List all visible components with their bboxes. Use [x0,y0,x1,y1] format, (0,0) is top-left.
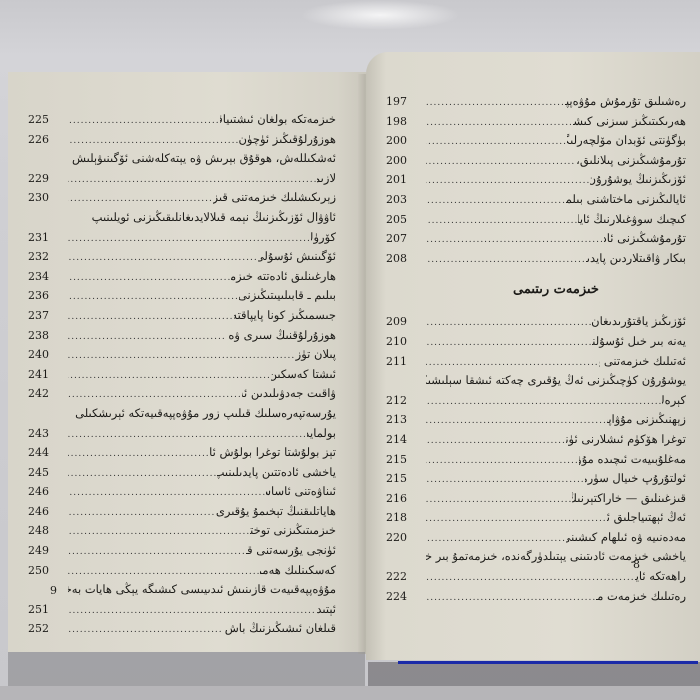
right-page: رەشىلىق تۇرمۇش مۇۋەپپەقىيەت قازىنىشىڭىزن… [366,52,700,660]
toc-leader-dots: ........................................… [68,249,258,269]
toc-leader-dots: ........................................… [68,543,246,563]
toc-entry-page: 200 [386,131,426,151]
toc-leader-dots: ........................................… [68,288,239,308]
toc-entry-page: 236 [28,286,68,306]
toc-entry-page: 252 [28,619,68,639]
toc-entry-page: 203 [386,190,426,210]
toc-entry-title: ئۆزىڭىزنىڭ يوشۇرۇن ئىقتىدارىنى بىلىڭ [590,170,686,190]
toc-entry: بىكار ۋاقىتلاردىن پايدىلىنىشقا ماھىر بول… [386,249,686,269]
toc-entry-title: تۇرمۇشىڭىزنى ئاددىيلاشتۇرۇڭ [604,229,686,249]
toc-entry-title: رەشىلىق تۇرمۇش مۇۋەپپەقىيەت قازىنىشىڭىزن… [565,92,686,112]
toc-leader-dots: ........................................… [68,269,231,289]
toc-entry-page: 243 [28,424,68,444]
toc-entry-page: 231 [28,228,68,248]
toc-entry: كۆرۈڭ...................................… [28,228,336,248]
toc-entry-page: 249 [28,541,68,561]
toc-entry: يۇرسەتپەرەسلىك قىلىپ زور مۇۋەپپەقىيەتكە … [28,404,336,424]
toc-entry: قىلغان ئىشىڭىزنىڭ باش ـ ئايىغى بولۇشى كې… [28,619,336,639]
toc-entry: ھەرىكىتىڭىز سىزنى كىشىگە تولۇق ئىپادىلەپ… [386,112,686,132]
toc-leader-dots: ........................................… [426,432,566,452]
toc-entry-title: خىزمەتكە بولغان ئىشتىياقىڭىز يوشۇرۇن قال… [220,110,336,130]
toc-entry-title: ئايالىڭىزنى ماختاشنى بىلمەي تۇرۇپ ھەرگىز… [566,190,686,210]
toc-entry-page: 198 [386,112,426,132]
toc-entry-page: 222 [386,567,426,587]
toc-entry-title: مەدەنىيە ۋە ئىلھام كىشىنى تىرىشىپ ئىشلەش… [566,528,686,548]
toc-entry-page: 242 [28,384,68,404]
toc-entry: جىسمىڭىز كونا پايپاقتەك ئەركىن بولسۇن...… [28,306,336,326]
toc-entry-title: يۇرسەتپەرەسلىك قىلىپ زور مۇۋەپپەقىيەتكە … [75,404,336,424]
toc-entry-title: ئۈنجى يۇرسەتنى قولدىن بەرمەڭ [246,541,336,561]
toc-entry-title: ھاياتلىقنىڭ تېخىمۇ يۇقىرى پەللىسىگە چىقى… [215,502,336,522]
toc-leader-dots: ........................................… [68,347,295,367]
toc-entry: رەتىلىك خىزمەت مۇھىتىنى ساقلاڭ..........… [386,587,686,607]
toc-entry-page: 220 [386,528,426,548]
toc-entry-page: 200 [386,151,426,171]
toc-entry-title: ئىشتا كەسكىن بولۇڭ [271,365,336,385]
toc-entry: ئەتىلىك خىزمەتنى ياخشى پىلانلاڭ.........… [386,352,686,372]
toc-entry: ئەڭ ئېھتىياجلىق ئىشنى قىلىڭ.............… [386,508,686,528]
toc-entry-page: 224 [386,587,426,607]
toc-entry-page: 251 [28,600,68,620]
toc-entry-title: ئەشكىللەش، ھوقۇق بېرىش ۋە يېتەكلەشنى ئۆگ… [72,149,336,169]
toc-entry-title: خىزمىتىڭىزنى توختىتىپ قويماڭ [250,521,336,541]
toc-entry: ئايالىڭىزنى ماختاشنى بىلمەي تۇرۇپ ھەرگىز… [386,190,686,210]
toc-entry-page: 229 [28,169,68,189]
toc-entry-page: 245 [28,463,68,483]
toc-entry-page: 215 [386,450,426,470]
toc-entry: كىچىك سوۋغىلارنىڭ ئاياللارغا بولغان ئەھم… [386,210,686,230]
toc-entry: پىلان تۈزۈڭ.............................… [28,345,336,365]
toc-entry-title: ياخشى خىزمەت ئادىتىنى يېتىلدۈرگەندە، خىز… [426,547,686,567]
toc-entry-page: 248 [28,521,68,541]
toc-leader-dots: ........................................… [68,504,215,524]
toc-entry: ھوزۇرلۇقىڭىز ئۈچۈن باھانە ئىزدىمەڭ......… [28,130,336,150]
toc-entry-title: توغرا ھۆكۈم ئىشلارنى ئۈنۈملۈك قىلىشنىڭ م… [566,430,686,450]
toc-entry-title: رەتىلىك خىزمەت مۇھىتىنى ساقلاڭ [596,587,686,607]
toc-entry: تۇرمۇشىڭىزنى پىلانلىق، تەرتىپلىك ئورۇنلا… [386,151,686,171]
toc-entry: بولمايدۇ................................… [28,424,336,444]
toc-entry-title: زېھنىڭىزنى مۇۋاپىق ئىشلىتىڭ [607,410,686,430]
toc-entry-page: 207 [386,229,426,249]
toc-entry-title: بۈگۈنتى ئۆبدان مۆلچەرلىگەندە ئەتىگە ئېرى… [567,131,686,151]
toc-entry-title: ئاۋۋال ئۆزىڭىزنىڭ نېمە قىلالايدىغانلىقىڭ… [92,208,336,228]
toc-entry-page: 197 [386,92,426,112]
left-toc: خىزمەتكە بولغان ئىشتىياقىڭىز يوشۇرۇن قال… [28,110,336,639]
toc-entry-title: ئەتىلىك خىزمەتنى ياخشى پىلانلاڭ [599,352,686,372]
toc-entry: ھوزۇرلۇقنىڭ سىرى ۋە ئۇنى داۋالاش ئۇسۇلى.… [28,326,336,346]
toc-entry: ئۆزىڭىز ياقتۇرىدىغان خىزمەتنى قىلىڭ.....… [386,312,686,332]
toc-entry-title: ياخشى ئادەتتىن پايدىلىنىپ ئۈنۈمنى يۇقىرى… [217,463,336,483]
toc-entry-page: 230 [28,188,68,208]
toc-entry-page: 216 [386,489,426,509]
table-surface [0,686,700,700]
toc-entry-title: ئۆگىنىش ئۇسۇلى ۋە ئىرادە [258,247,336,267]
toc-entry-page: 237 [28,306,68,326]
toc-entry-page: 211 [386,352,426,372]
section-heading: خىزمەت رىتىمى [386,268,686,312]
toc-entry: رەشىلىق تۇرمۇش مۇۋەپپەقىيەت قازىنىشىڭىزن… [386,92,686,112]
toc-leader-dots: ........................................… [426,192,566,212]
toc-entry-page: 214 [386,430,426,450]
toc-leader-dots: ........................................… [426,231,604,251]
toc-entry: مۇۋەپپەقىيەت قازىنىش ئىدىيىسى كىشىگە يېڭ… [28,580,336,600]
toc-entry: ئولتۇرۇپ خىيال سۈرمەي ھەرىكەت قىلىڭ.....… [386,469,686,489]
toc-entry-title: ئۆزىڭىز ياقتۇرىدىغان خىزمەتنى قىلىڭ [592,312,686,332]
toc-entry-page: 238 [28,326,68,346]
toc-entry: ھاياتلىقنىڭ تېخىمۇ يۇقىرى پەللىسىگە چىقى… [28,502,336,522]
toc-entry-title: ھارغىنلىق ئادەتتە خىزمەتتىن پەيدا بولماي… [231,267,336,287]
toc-entry: خىزمەتكە بولغان ئىشتىياقىڭىز يوشۇرۇن قال… [28,110,336,130]
toc-entry-title: تۇرمۇشىڭىزنى پىلانلىق، تەرتىپلىك ئورۇنلا… [575,151,686,171]
toc-entry-title: كىچىك سوۋغىلارنىڭ ئاياللارغا بولغان ئەھم… [578,210,686,230]
toc-entry-title: قىلغان ئىشىڭىزنىڭ باش ـ ئايىغى بولۇشى كې… [223,619,336,639]
toc-entry-title: ھەرىكىتىڭىز سىزنى كىشىگە تولۇق ئىپادىلەپ… [573,112,686,132]
toc-entry-title: ئەڭ ئېھتىياجلىق ئىشنى قىلىڭ [607,508,686,528]
toc-entry-title: پىلان تۈزۈڭ [295,345,336,365]
toc-entry-page: 246 [28,502,68,522]
toc-entry-title: زېرىكىشلىك خىزمەتنى قىزىقارلىق خىزمەتكە … [213,188,336,208]
toc-entry-title: يوشۇرۇن كۈچىڭىزنى ئەڭ يۇقىرى چەكتە ئىشقا… [426,371,686,391]
toc-entry-page: 241 [28,365,68,385]
toc-leader-dots: ........................................… [426,471,585,491]
toc-entry-page: 226 [28,130,68,150]
toc-entry: خىزمىتىڭىزنى توختىتىپ قويماڭ............… [28,521,336,541]
light-glare [300,0,460,30]
toc-entry: ئۆگىنىش ئۇسۇلى ۋە ئىرادە................… [28,247,336,267]
toc-leader-dots: ........................................… [426,153,575,173]
toc-entry-title: مەغلۇبىيەت ئىچىدە مۇۋەپپەقىيەتنى يېتىلدۈ… [579,450,686,470]
toc-entry: بىلىم ـ قابىلىيىتىڭىزنى جارى قىلدۇرۇڭ...… [28,286,336,306]
toc-entry-page: 208 [386,249,426,269]
toc-entry: لازىم...................................… [28,169,336,189]
toc-entry: ئۈنجى يۇرسەتنى قولدىن بەرمەڭ............… [28,541,336,561]
toc-leader-dots: ........................................… [68,445,210,465]
toc-entry-page: 201 [386,170,426,190]
toc-entry-title: بىكار ۋاقىتلاردىن پايدىلىنىشقا ماھىر بول… [586,249,686,269]
toc-entry-page: 215 [386,469,426,489]
toc-leader-dots: ........................................… [68,621,223,641]
toc-entry: كېرەك...................................… [386,391,686,411]
toc-leader-dots: ........................................… [426,314,592,334]
toc-entry-title: تېز بولۇشتا توغرا بولۇش ئالدىنقى شەرت قى… [210,443,336,463]
toc-entry-page: 234 [28,267,68,287]
toc-leader-dots: ........................................… [426,114,573,134]
toc-entry-title: ۋاقىت جەدۋىلىدىن ئەپچىل پايدىلىنىڭ [242,384,336,404]
toc-entry-title: ئولتۇرۇپ خىيال سۈرمەي ھەرىكەت قىلىڭ [585,469,686,489]
left-page: خىزمەتكە بولغان ئىشتىياقىڭىز يوشۇرۇن قال… [8,72,366,652]
right-toc-bottom: ئۆزىڭىز ياقتۇرىدىغان خىزمەتنى قىلىڭ.....… [386,312,686,606]
book-shadow-left [8,652,365,686]
toc-entry: زېھنىڭىزنى مۇۋاپىق ئىشلىتىڭ.............… [386,410,686,430]
toc-entry-title: بىلىم ـ قابىلىيىتىڭىزنى جارى قىلدۇرۇڭ [239,286,336,306]
right-toc-top: رەشىلىق تۇرمۇش مۇۋەپپەقىيەت قازىنىشىڭىزن… [386,92,686,268]
toc-leader-dots: ........................................… [426,334,592,354]
toc-entry-page: 218 [386,508,426,528]
toc-entry-title: ئېتىدۇ [316,600,336,620]
book-cover-edge [398,661,698,664]
right-page-number: 8 [633,558,640,571]
toc-entry: زېرىكىشلىك خىزمەتنى قىزىقارلىق خىزمەتكە … [28,188,336,208]
toc-entry: ھارغىنلىق ئادەتتە خىزمەتتىن پەيدا بولماي… [28,267,336,287]
toc-entry: يوشۇرۇن كۈچىڭىزنى ئەڭ يۇقىرى چەكتە ئىشقا… [386,371,686,391]
toc-entry-title: لازىم [317,169,336,189]
toc-entry: راھەتكە ئايلىنىدۇ.......................… [386,567,686,587]
toc-entry: مەدەنىيە ۋە ئىلھام كىشىنى تىرىشىپ ئىشلەش… [386,528,686,548]
toc-entry-page: 225 [28,110,68,130]
toc-leader-dots: ........................................… [426,491,572,511]
toc-entry-title: ئىناۋەتنى ئاساس قىلىڭ [266,482,336,502]
toc-leader-dots: ........................................… [426,452,579,472]
toc-entry-title: مۇۋەپپەقىيەت قازىنىش ئىدىيىسى كىشىگە يېڭ… [68,580,336,600]
toc-entry-page: 244 [28,443,68,463]
toc-entry: تېز بولۇشتا توغرا بولۇش ئالدىنقى شەرت قى… [28,443,336,463]
toc-entry: ئېتىدۇ..................................… [28,600,336,620]
toc-entry: ئەشكىللەش، ھوقۇق بېرىش ۋە يېتەكلەشنى ئۆگ… [28,149,336,169]
toc-leader-dots: ........................................… [426,133,567,153]
toc-entry-title: قىزغىنلىق — خاراكتېرنىڭ ھەرىكەتلەندۈرگۈچ… [572,489,686,509]
toc-leader-dots: ........................................… [68,308,234,328]
toc-leader-dots: ........................................… [426,589,596,609]
left-page-number: 9 [50,584,57,597]
toc-entry-title: جىسمىڭىز كونا پايپاقتەك ئەركىن بولسۇن [234,306,337,326]
toc-entry-title: ھوزۇرلۇقنىڭ سىرى ۋە ئۇنى داۋالاش ئۇسۇلى [226,326,336,346]
toc-entry-page: 240 [28,345,68,365]
toc-entry-page: 213 [386,410,426,430]
toc-entry-page: 205 [386,210,426,230]
toc-entry-page: 250 [28,561,68,581]
right-toc: رەشىلىق تۇرمۇش مۇۋەپپەقىيەت قازىنىشىڭىزن… [386,92,686,606]
toc-entry-title: كۆرۈڭ [311,228,336,248]
toc-entry: يەنە بىر خىل ئۇسۇلنى سىناپ كۆرۈڭ........… [386,332,686,352]
toc-entry: مەغلۇبىيەت ئىچىدە مۇۋەپپەقىيەتنى يېتىلدۈ… [386,450,686,470]
toc-entry-title: كېرەك [662,391,686,411]
toc-entry: توغرا ھۆكۈم ئىشلارنى ئۈنۈملۈك قىلىشنىڭ م… [386,430,686,450]
toc-leader-dots: ........................................… [426,212,578,232]
toc-entry-title: يەنە بىر خىل ئۇسۇلنى سىناپ كۆرۈڭ [592,332,686,352]
toc-entry: ياخشى خىزمەت ئادىتىنى يېتىلدۈرگەندە، خىز… [386,547,686,567]
toc-leader-dots: ........................................… [426,94,565,114]
toc-entry-page: 212 [386,391,426,411]
toc-leader-dots: ........................................… [68,112,220,132]
toc-leader-dots: ........................................… [68,465,217,485]
toc-entry-title: راھەتكە ئايلىنىدۇ [635,567,686,587]
toc-entry-title: بولمايدۇ [307,424,336,444]
toc-entry-page: 210 [386,332,426,352]
toc-entry: ئىناۋەتنى ئاساس قىلىڭ...................… [28,482,336,502]
toc-entry: تۇرمۇشىڭىزنى ئاددىيلاشتۇرۇڭ.............… [386,229,686,249]
toc-entry: ئاۋۋال ئۆزىڭىزنىڭ نېمە قىلالايدىغانلىقىڭ… [28,208,336,228]
toc-leader-dots: ........................................… [68,523,250,543]
toc-entry: ئىشتا كەسكىن بولۇڭ......................… [28,365,336,385]
toc-entry: ئۆزىڭىزنىڭ يوشۇرۇن ئىقتىدارىنى بىلىڭ....… [386,170,686,190]
toc-entry-page: 209 [386,312,426,332]
toc-entry: بۈگۈنتى ئۆبدان مۆلچەرلىگەندە ئەتىگە ئېرى… [386,131,686,151]
toc-leader-dots: ........................................… [68,328,226,348]
toc-entry-title: ھوزۇرلۇقىڭىز ئۈچۈن باھانە ئىزدىمەڭ [239,130,336,150]
toc-entry: كەسكىنلىك ھەممىدىن ئەلا.................… [28,561,336,581]
toc-entry-page: 246 [28,482,68,502]
toc-entry-title: كەسكىنلىك ھەممىدىن ئەلا [260,561,336,581]
toc-entry: قىزغىنلىق — خاراكتېرنىڭ ھەرىكەتلەندۈرگۈچ… [386,489,686,509]
toc-leader-dots: ........................................… [68,367,271,387]
toc-entry-page: 232 [28,247,68,267]
toc-entry: ۋاقىت جەدۋىلىدىن ئەپچىل پايدىلىنىڭ......… [28,384,336,404]
toc-entry: ياخشى ئادەتتىن پايدىلىنىپ ئۈنۈمنى يۇقىرى… [28,463,336,483]
